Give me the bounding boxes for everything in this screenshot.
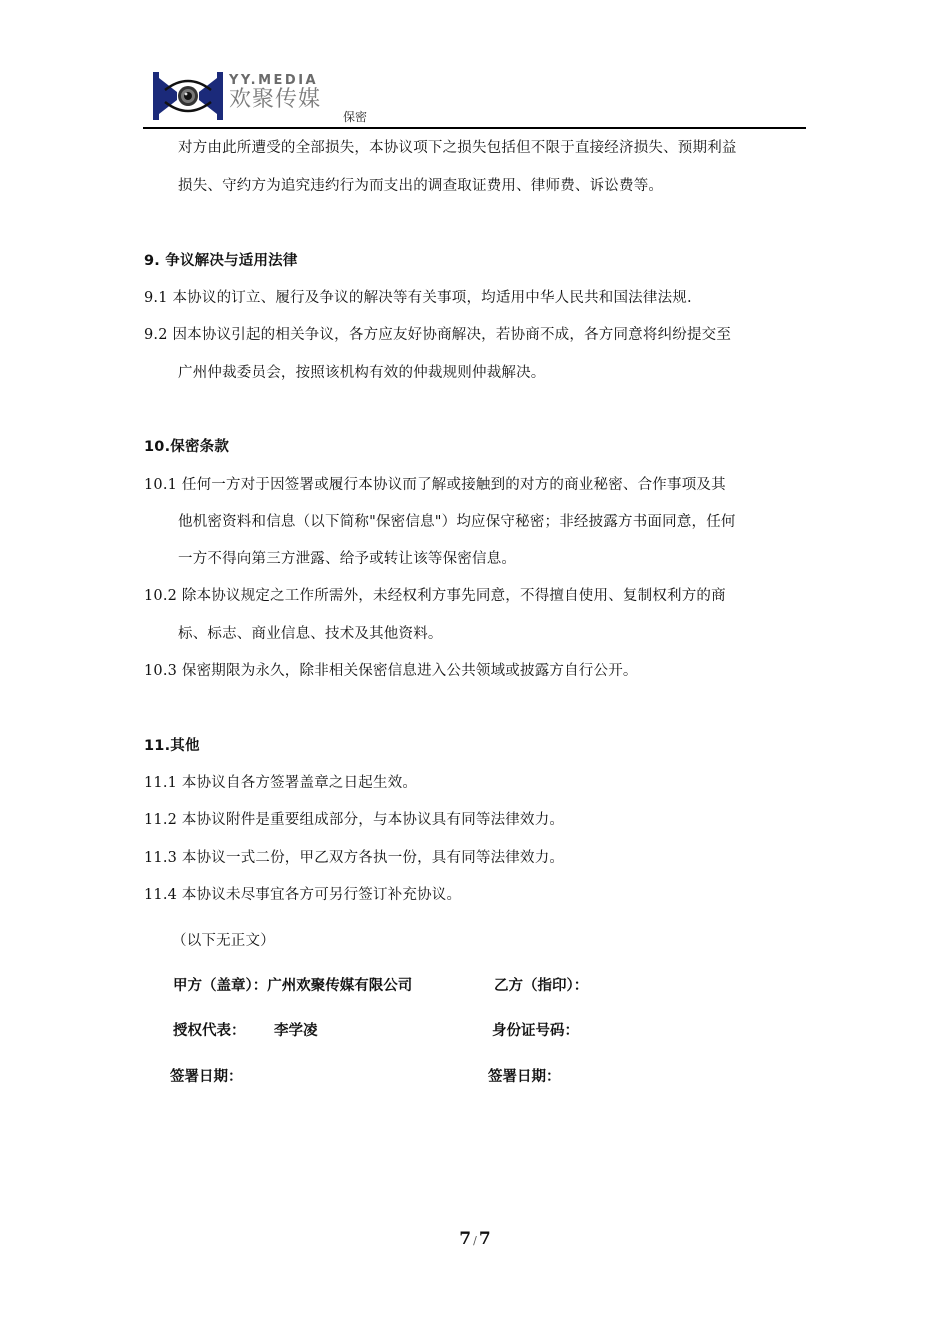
party-b-date-label: 签署日期： (488, 1067, 561, 1087)
paragraph-line: 损失、守约方为追究违约行为而支出的调查取证费用、律师费、诉讼费等。 (178, 176, 663, 196)
page-current: 7 (459, 1229, 471, 1249)
clause-10-2: 10.2 除本协议规定之工作所需外，未经权利方事先同意，不得擅自使用、复制权利方… (144, 586, 726, 606)
paragraph-line: 对方由此所遭受的全部损失，本协议项下之损失包括但不限于直接经济损失、预期利益 (178, 138, 737, 158)
confidential-label: 保密 (343, 108, 367, 125)
header-divider (143, 127, 806, 129)
clause-11-1: 11.1 本协议自各方签署盖章之日起生效。 (144, 773, 417, 793)
clause-10-2-cont: 标、标志、商业信息、技术及其他资料。 (178, 624, 443, 644)
logo-text: YY.MEDIA 欢聚传媒 (229, 74, 321, 112)
party-a-rep-name: 李学凌 (274, 1021, 318, 1041)
clause-11-3: 11.3 本协议一式二份，甲乙双方各执一份，具有同等法律效力。 (144, 848, 564, 868)
clause-10-1-cont: 他机密资料和信息（以下简称"保密信息"）均应保守秘密；非经披露方书面同意，任何 (178, 512, 736, 532)
party-b-id-label: 身份证号码： (492, 1021, 579, 1041)
clause-9-2-cont: 广州仲裁委员会，按照该机构有效的仲裁规则仲裁解决。 (178, 363, 546, 383)
section-heading-10: 10.保密条款 (144, 437, 229, 457)
end-of-text-note: （以下无正文） (172, 931, 275, 951)
clause-10-1-cont: 一方不得向第三方泄露、给予或转让该等保密信息。 (178, 549, 516, 569)
party-a-date-label: 签署日期： (170, 1067, 243, 1087)
page-total: 7 (479, 1229, 491, 1249)
party-a-rep-label: 授权代表： (173, 1021, 246, 1041)
clause-10-3: 10.3 保密期限为永久，除非相关保密信息进入公共领域或披露方自行公开。 (144, 661, 638, 681)
clause-11-4: 11.4 本协议未尽事宜各方可另行签订补充协议。 (144, 885, 461, 905)
clause-9-2: 9.2 因本协议引起的相关争议，各方应友好协商解决，若协商不成，各方同意将纠纷提… (144, 325, 731, 345)
logo-chinese: 欢聚传媒 (229, 88, 321, 112)
party-b-fingerprint-label: 乙方（指印）： (494, 976, 588, 996)
party-a-seal-label: 甲方（盖章）：广州欢聚传媒有限公司 (173, 976, 412, 996)
clause-9-1: 9.1 本协议的订立、履行及争议的解决等有关事项，均适用中华人民共和国法律法规. (144, 288, 692, 308)
logo-eye-icon (151, 70, 225, 122)
page-separator: / (473, 1234, 477, 1247)
section-heading-11: 11.其他 (144, 736, 200, 756)
clause-10-1: 10.1 任何一方对于因签署或履行本协议而了解或接触到的对方的商业秘密、合作事项… (144, 475, 726, 495)
document-page: YY.MEDIA 欢聚传媒 保密 对方由此所遭受的全部损失，本协议项下之损失包括… (0, 0, 950, 1344)
page-number: 7/7 (0, 1229, 950, 1249)
section-heading-9: 9. 争议解决与适用法律 (144, 251, 298, 271)
clause-11-2: 11.2 本协议附件是重要组成部分，与本协议具有同等法律效力。 (144, 810, 564, 830)
page-header: YY.MEDIA 欢聚传媒 保密 (143, 64, 806, 129)
logo-english: YY.MEDIA (229, 74, 321, 88)
